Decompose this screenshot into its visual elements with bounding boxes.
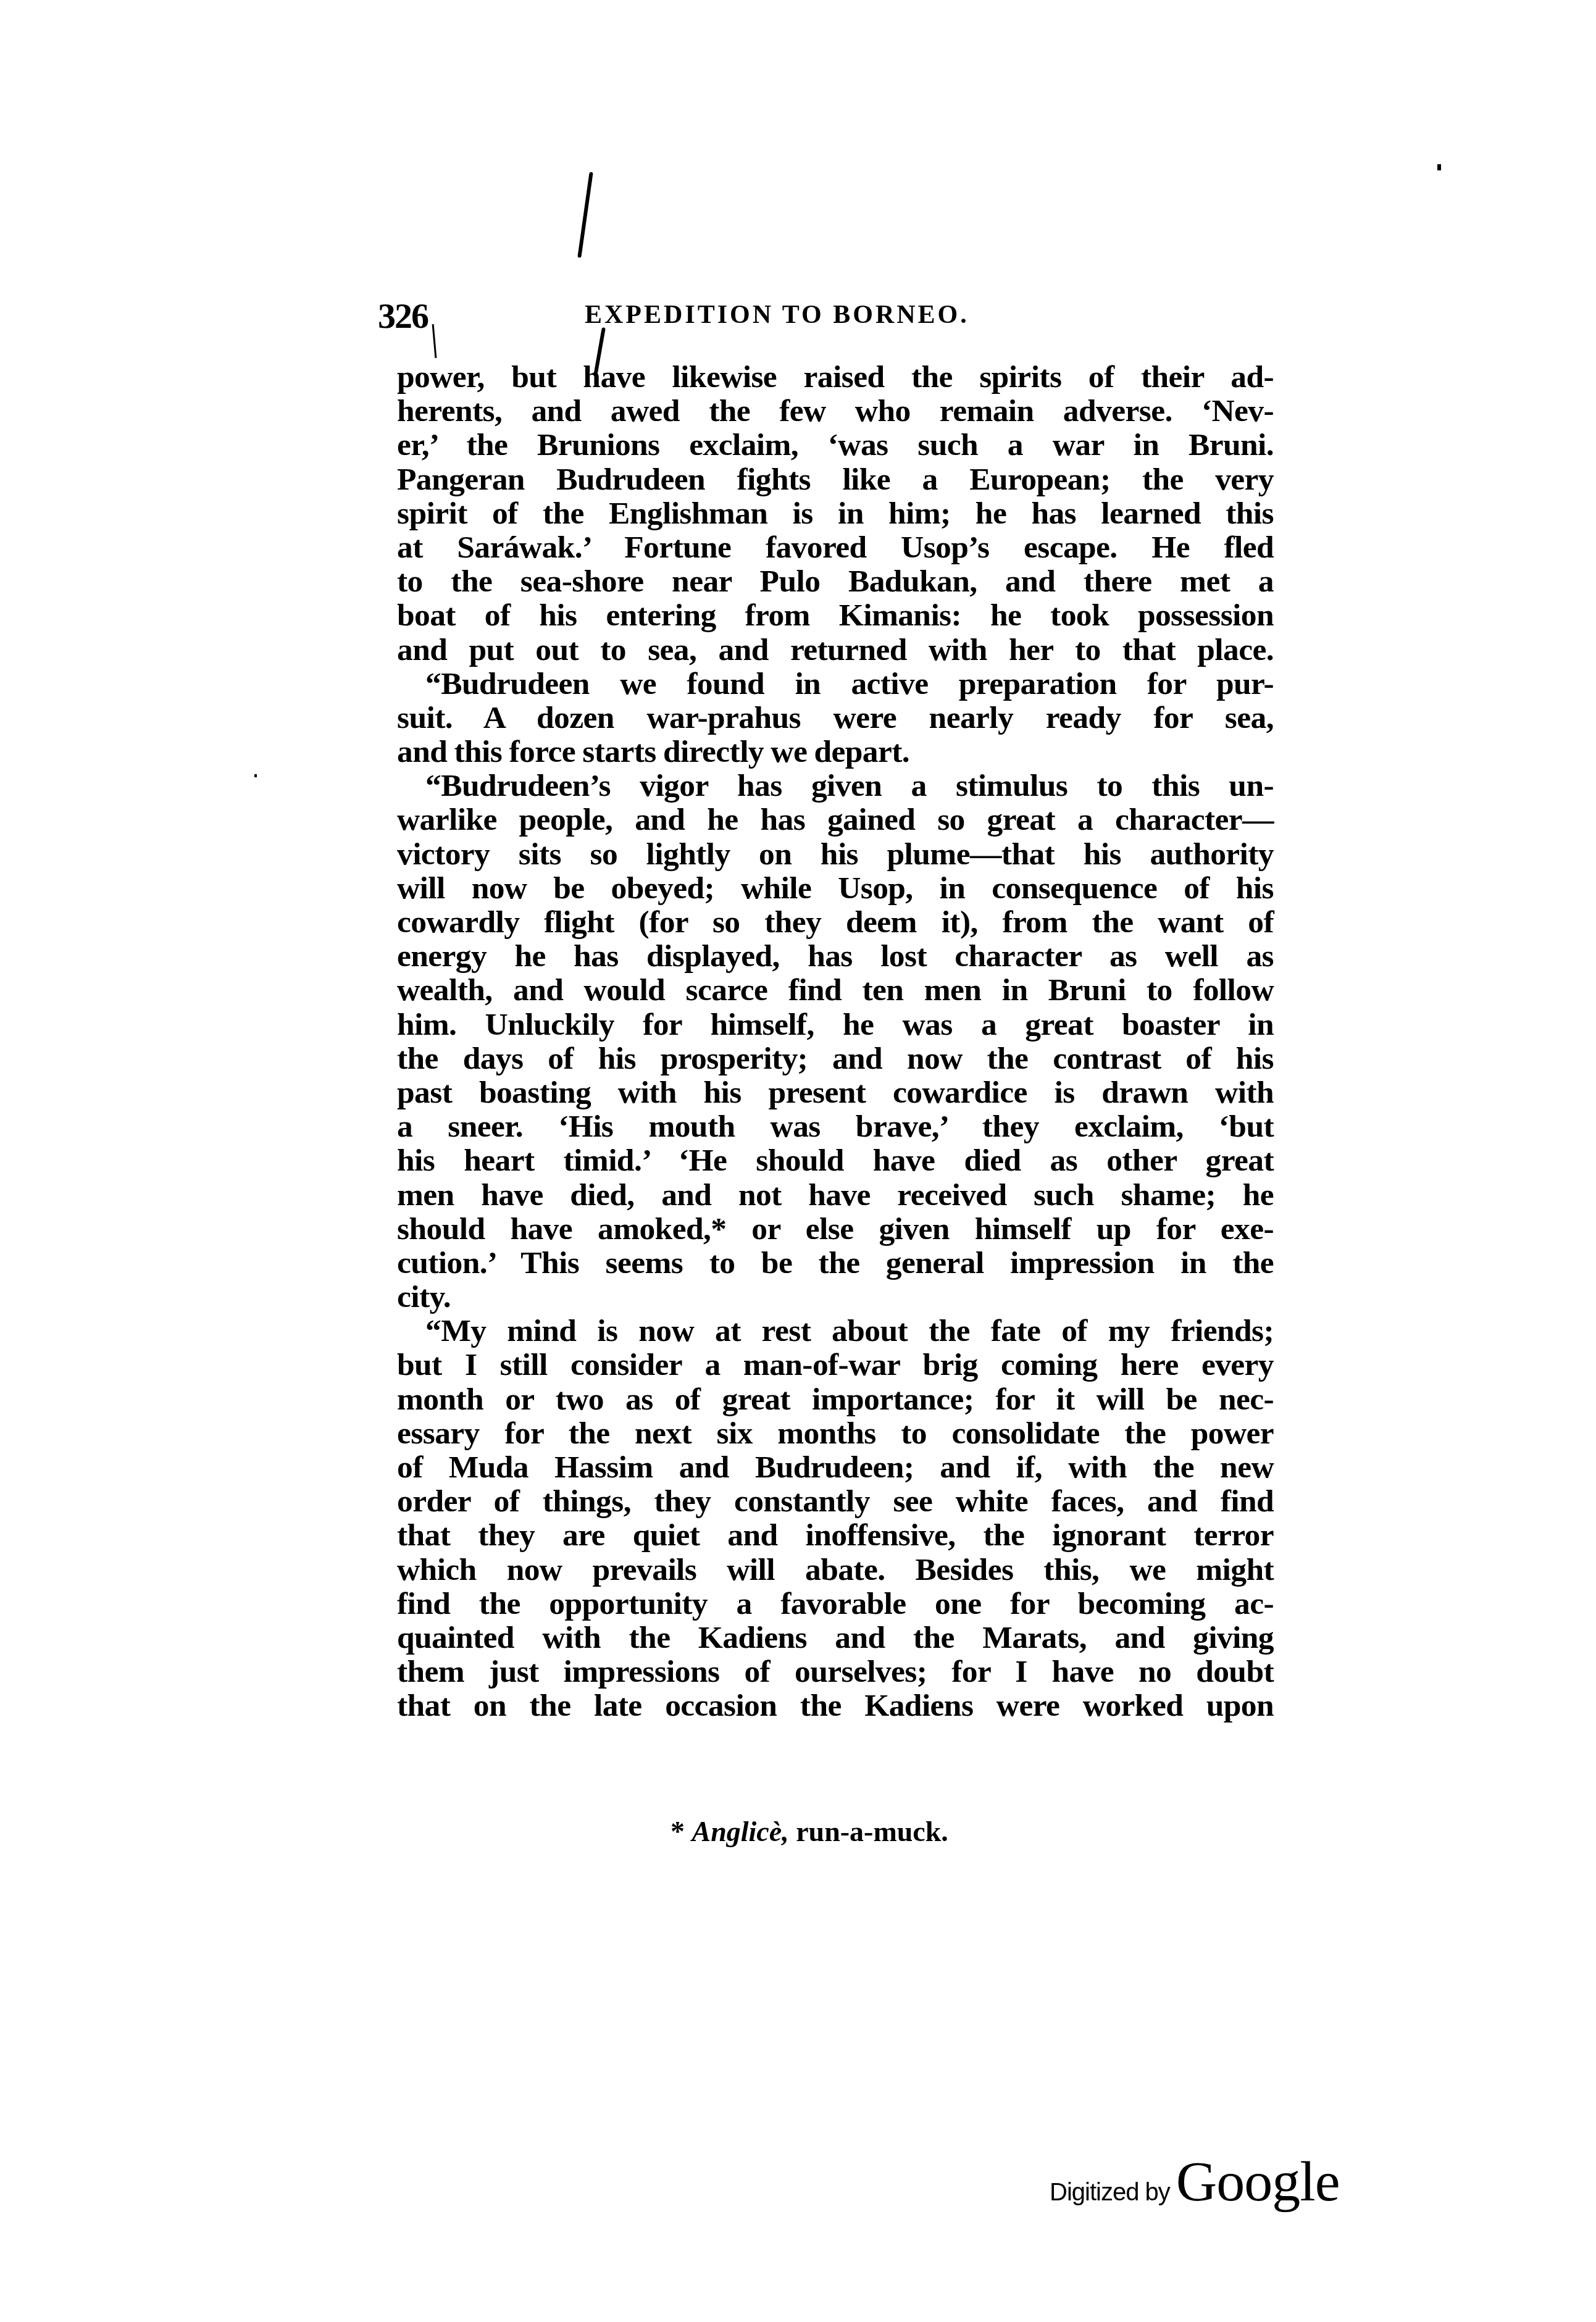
text-line: and put out to sea, and returned with he… [397, 633, 1274, 667]
text-line: quainted with the Kadiens and the Marats… [397, 1621, 1274, 1655]
text-line: his heart timid.’ ‘He should have died a… [397, 1143, 1274, 1177]
text-line: cowardly flight (for so they deem it), f… [397, 905, 1274, 939]
scan-mark [577, 172, 593, 257]
text-line: herents, and awed the few who remain adv… [397, 394, 1274, 428]
text-line: victory sits so lightly on his plume—tha… [397, 837, 1274, 871]
book-page: 326 EXPEDITION TO BORNEO. power, but hav… [0, 0, 1596, 2322]
text-line: a sneer. ‘His mouth was brave,’ they exc… [397, 1109, 1274, 1143]
text-line: energy he has displayed, has lost charac… [397, 939, 1274, 973]
text-line: should have amoked,* or else given himse… [397, 1212, 1274, 1246]
text-line: Pangeran Budrudeen fights like a Europea… [397, 462, 1274, 496]
text-line: the days of his prosperity; and now the … [397, 1042, 1274, 1075]
text-line: him. Unluckily for himself, he was a gre… [397, 1008, 1274, 1042]
text-line: suit. A dozen war-prahus were nearly rea… [397, 701, 1274, 735]
text-line: to the sea-shore near Pulo Badukan, and … [397, 564, 1274, 598]
text-line: er,’ the Brunions exclaim, ‘was such a w… [397, 428, 1274, 462]
google-logo: Google [1176, 2149, 1340, 2214]
text-line: “Budrudeen’s vigor has given a stimulus … [397, 769, 1274, 803]
running-head: EXPEDITION TO BORNEO. [585, 300, 969, 330]
text-line: month or two as of great importance; for… [397, 1382, 1274, 1416]
text-line: find the opportunity a favorable one for… [397, 1587, 1274, 1621]
text-line: essary for the next six months to consol… [397, 1416, 1274, 1450]
text-line: will now be obeyed; while Usop, in conse… [397, 871, 1274, 905]
page-header: 326 EXPEDITION TO BORNEO. [378, 295, 1292, 338]
text-line: city. [397, 1280, 1274, 1314]
text-line: “Budrudeen we found in active preparatio… [397, 667, 1274, 701]
footnote-text: run-a-muck. [796, 1816, 948, 1847]
text-line: at Saráwak.’ Fortune favored Usop’s esca… [397, 530, 1274, 564]
text-line: wealth, and would scarce find ten men in… [397, 973, 1274, 1007]
footnote-italic: Anglicè, [692, 1816, 789, 1847]
text-line: men have died, and not have received suc… [397, 1178, 1274, 1212]
digitized-by-watermark: Digitized by Google [1050, 2149, 1340, 2204]
text-line: past boasting with his present cowardice… [397, 1075, 1274, 1109]
text-line: warlike people, and he has gained so gre… [397, 803, 1274, 837]
footnote-marker: * [671, 1816, 685, 1847]
text-line: “My mind is now at rest about the fate o… [397, 1314, 1274, 1348]
text-line: them just impressions of ourselves; for … [397, 1655, 1274, 1689]
text-line: order of things, they constantly see whi… [397, 1484, 1274, 1518]
text-line: cution.’ This seems to be the general im… [397, 1246, 1274, 1280]
text-line: boat of his entering from Kimanis: he to… [397, 598, 1274, 632]
text-line: and this force starts directly we depart… [397, 735, 1274, 769]
scan-dot [1437, 164, 1441, 170]
page-number: 326 [378, 295, 428, 336]
text-line: power, but have likewise raised the spir… [397, 360, 1274, 394]
text-line: that on the late occasion the Kadiens we… [397, 1689, 1274, 1723]
scan-dot [254, 774, 257, 777]
text-line: which now prevails will abate. Besides t… [397, 1553, 1274, 1587]
text-line: spirit of the Englishman is in him; he h… [397, 496, 1274, 530]
text-line: that they are quiet and inoffensive, the… [397, 1518, 1274, 1552]
text-line: but I still consider a man-of-war brig c… [397, 1348, 1274, 1382]
body-text: power, but have likewise raised the spir… [397, 360, 1274, 1723]
digitized-by-label: Digitized by [1050, 2179, 1170, 2207]
footnote: * Anglicè, run-a-muck. [671, 1815, 948, 1848]
text-line: of Muda Hassim and Budrudeen; and if, wi… [397, 1450, 1274, 1484]
